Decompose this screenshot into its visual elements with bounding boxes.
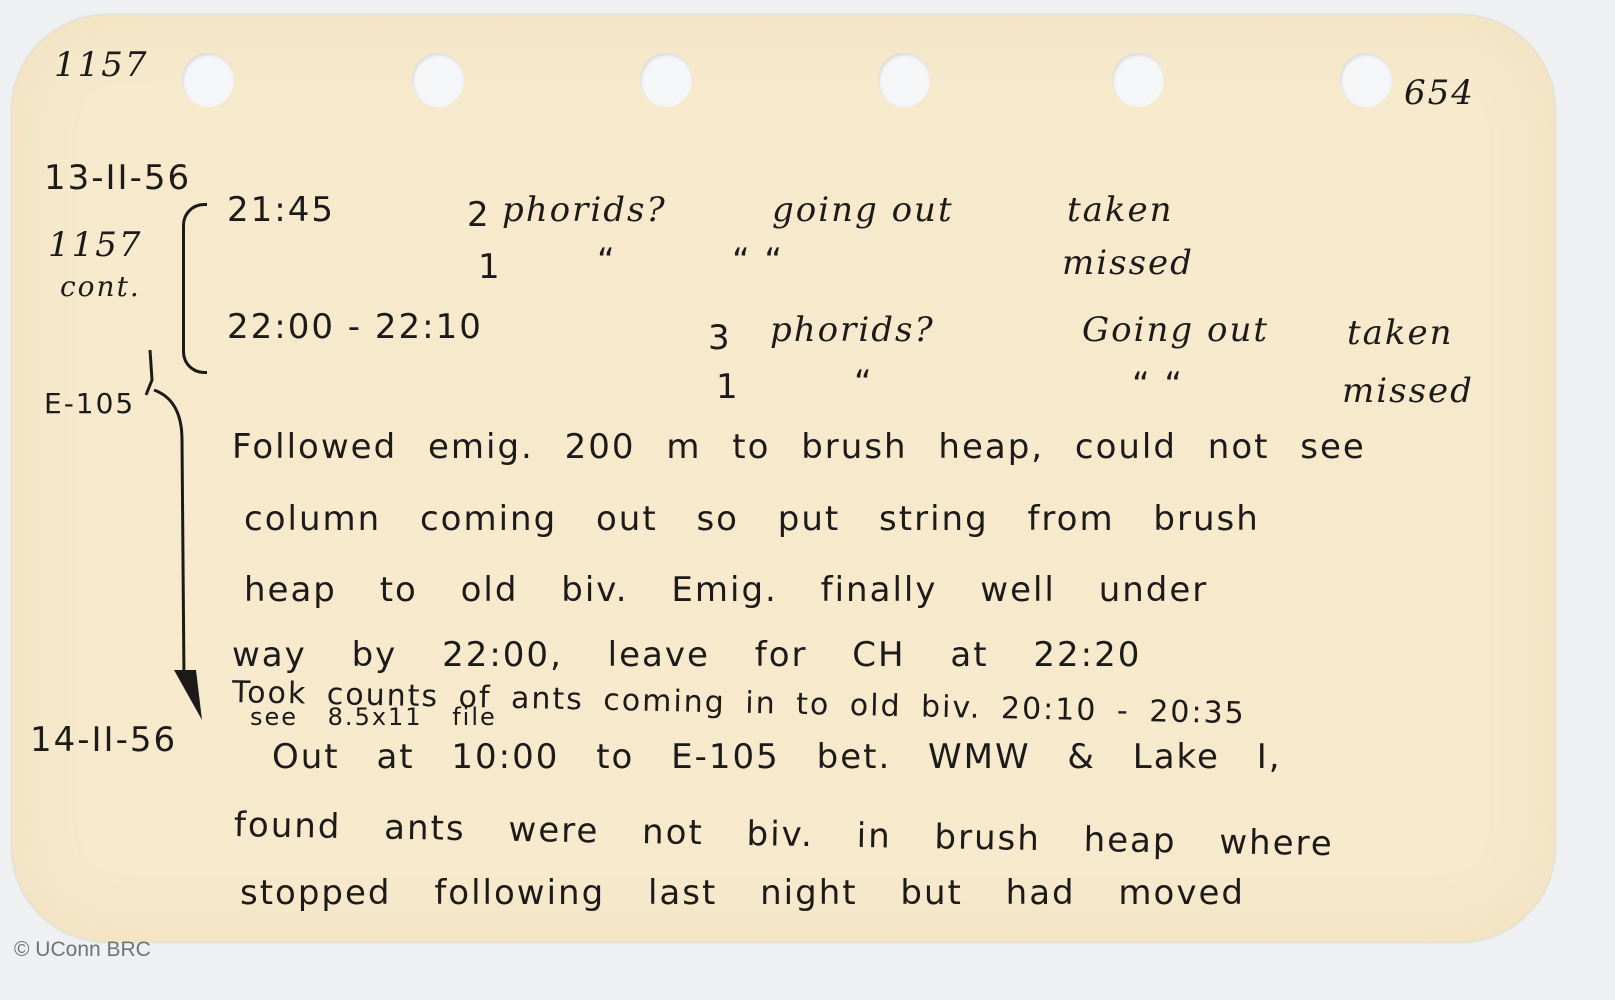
note-line: heap to old biv. Emig. finally well unde… (244, 570, 1208, 610)
row2-activity: “ “ (732, 241, 784, 281)
row1-count: 2 (467, 195, 491, 235)
entry-date-1: 13-II-56 (44, 158, 191, 198)
row4-status: missed (1342, 371, 1474, 411)
copyright-watermark: © UConn BRC (14, 938, 151, 962)
note-line: Followed emig. 200 m to brush heap, coul… (232, 427, 1366, 467)
row1-item: phorids? (502, 190, 667, 230)
field-note-card: 1157 654 13-II-56 1157 cont. E-105 21:45… (12, 15, 1555, 942)
row3-count: 3 (708, 318, 732, 358)
arrow-line-icon (142, 350, 232, 730)
margin-label-cont: cont. (60, 270, 141, 303)
note-line-reference: see 8.5x11 file (250, 703, 497, 731)
row3-time: 22:00 - 22:10 (227, 307, 483, 347)
margin-label-colony-2: E-105 (44, 387, 135, 420)
bracket-brace (182, 203, 207, 374)
row1-activity: going out (772, 190, 954, 230)
page-number: 654 (1404, 73, 1475, 113)
margin-label-colony: 1157 (48, 225, 143, 265)
row4-count: 1 (716, 367, 740, 407)
row2-item: “ (597, 241, 617, 281)
catalog-number: 1157 (54, 45, 149, 85)
entry-date-2: 14-II-56 (30, 720, 177, 760)
note-line: stopped following last night but had mov… (240, 873, 1245, 913)
punch-hole (1340, 53, 1392, 107)
row3-item: phorids? (770, 310, 935, 350)
punch-hole (640, 53, 692, 107)
note-line: column coming out so put string from bru… (244, 499, 1260, 539)
punch-hole (1112, 53, 1164, 107)
note-line: found ants were not biv. in brush heap w… (234, 805, 1334, 864)
row1-status: taken (1067, 190, 1174, 230)
note-line: Out at 10:00 to E-105 bet. WMW & Lake I, (272, 737, 1282, 777)
punch-hole (182, 53, 234, 107)
punch-hole (878, 53, 930, 107)
row2-count: 1 (478, 247, 502, 287)
row2-status: missed (1062, 243, 1194, 283)
row3-status: taken (1347, 313, 1454, 353)
row4-activity: “ “ (1132, 365, 1184, 405)
row4-item: “ (854, 363, 874, 403)
row3-activity: Going out (1082, 310, 1269, 350)
note-line: way by 22:00, leave for CH at 22:20 (232, 635, 1141, 675)
punch-hole (412, 53, 464, 107)
row1-time: 21:45 (227, 190, 335, 230)
